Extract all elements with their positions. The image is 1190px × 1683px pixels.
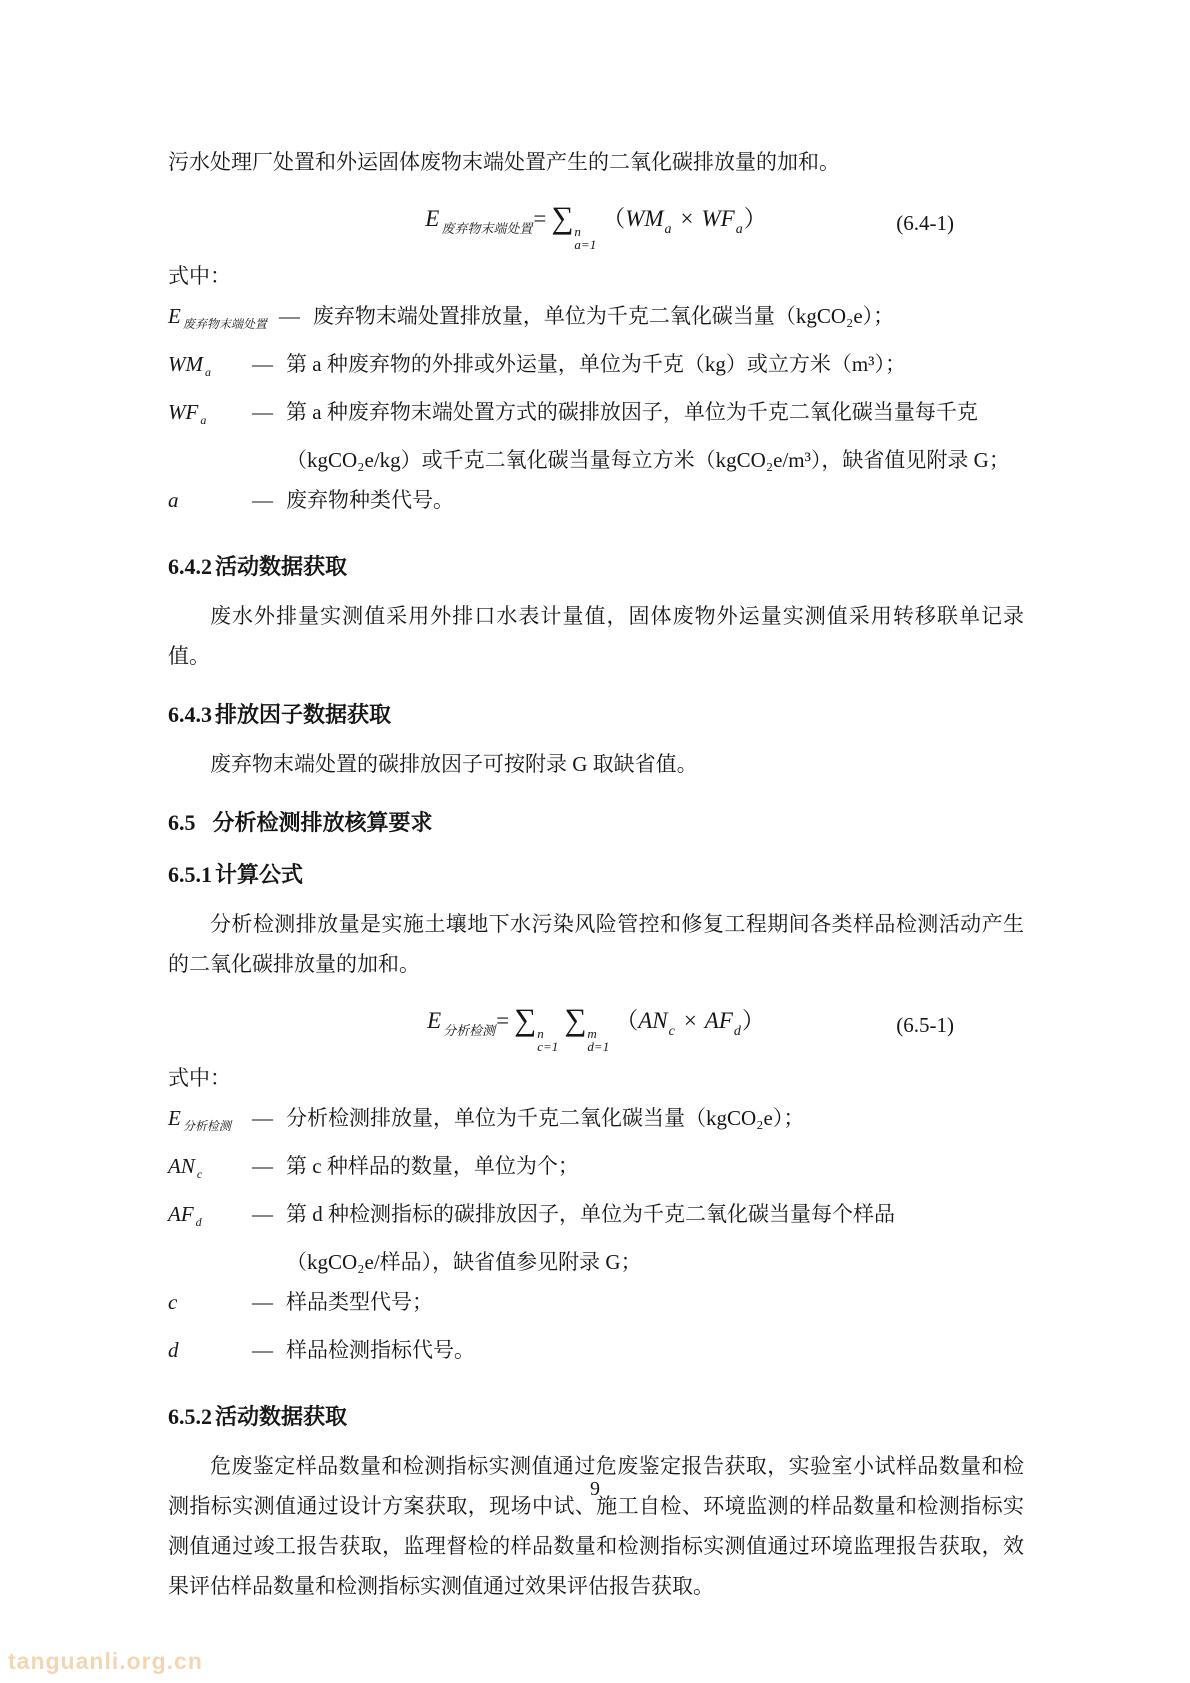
definition-text: 第 a 种废弃物末端处置方式的碳排放因子，单位为千克二氧化碳当量每千克 (286, 392, 1024, 432)
symbol: E分析检测 (168, 1098, 240, 1146)
dash: — (252, 392, 274, 432)
definition-row: WFa — 第 a 种废弃物末端处置方式的碳排放因子，单位为千克二氧化碳当量每千… (168, 392, 1024, 440)
sigma-upper-limit: m (587, 1027, 609, 1040)
sigma-limits: nc=1 (537, 1027, 558, 1053)
equation-651: E分析检测=∑nc=1∑md=1（ANc×AFd） (6.5-1) (168, 998, 1024, 1052)
page-content: 污水处理厂处置和外运固体废物末端处置产生的二氧化碳排放量的加和。 E废弃物末端处… (168, 142, 1024, 1606)
definition-text: 废弃物种类代号。 (286, 480, 1024, 520)
formula-lhs-subscript: 废弃物末端处置 (441, 221, 532, 236)
intro-paragraph: 污水处理厂处置和外运固体废物末端处置产生的二氧化碳排放量的加和。 (168, 142, 1024, 182)
heading-643: 6.4.3排放因子数据获取 (168, 698, 1024, 732)
symbol: AFd (168, 1194, 240, 1242)
sigma-lower-limit: c=1 (537, 1040, 558, 1053)
sigma-upper-limit: n (537, 1027, 558, 1040)
equals-sign: = (533, 206, 546, 231)
dash: — (279, 296, 301, 336)
term-wm-subscript: a (665, 222, 672, 237)
equation-641: E废弃物末端处置=∑na=1（WMa×WFa） (6.4-1) (168, 196, 1024, 250)
multiply-sign: × (684, 1008, 697, 1033)
symbol: WMa (168, 344, 240, 392)
heading-652: 6.5.2活动数据获取 (168, 1400, 1024, 1434)
dash: — (252, 1282, 274, 1322)
definition-text: 样品类型代号； (286, 1282, 1024, 1322)
dash: — (252, 1098, 274, 1138)
dash: — (252, 1194, 274, 1234)
definition-text: 废弃物末端处置排放量，单位为千克二氧化碳当量（kgCO₂e）； (313, 296, 1024, 336)
term-af: AF (705, 1008, 733, 1033)
heading-65: 6.5分析检测排放核算要求 (168, 806, 1024, 840)
definition-row: E废弃物末端处置 — 废弃物末端处置排放量，单位为千克二氧化碳当量（kgCO₂e… (168, 296, 1024, 344)
definition-text: 样品检测指标代号。 (286, 1330, 1024, 1370)
heading-number: 6.4.3 (168, 702, 212, 727)
heading-651: 6.5.1计算公式 (168, 858, 1024, 892)
sigma-limits: md=1 (587, 1027, 609, 1053)
formula-lhs: E (425, 206, 439, 231)
paragraph-643: 废弃物末端处置的碳排放因子可按附录 G 取缺省值。 (168, 744, 1024, 784)
paragraph-642: 废水外排量实测值采用外排口水表计量值，固体废物外运量实测值采用转移联单记录值。 (168, 596, 1024, 676)
dash: — (252, 480, 274, 520)
definition-continuation: （kgCO₂e/样品），缺省值参见附录 G； (168, 1242, 1024, 1282)
dash: — (252, 1330, 274, 1370)
equation-651-body: E分析检测=∑nc=1∑md=1（ANc×AFd） (427, 998, 765, 1053)
sigma-symbol: ∑ (564, 1002, 586, 1037)
symbol: WFa (168, 392, 240, 440)
heading-title: 活动数据获取 (215, 1404, 347, 1429)
dash: — (252, 1146, 274, 1186)
definition-row: WMa — 第 a 种废弃物的外排或外运量，单位为千克（kg）或立方米（m³）； (168, 344, 1024, 392)
symbol: E废弃物末端处置 (168, 296, 267, 344)
equation-651-number: (6.5-1) (896, 1005, 954, 1045)
heading-number: 6.5.1 (168, 862, 212, 887)
multiply-sign: × (681, 206, 694, 231)
formula-lhs-subscript: 分析检测 (443, 1023, 495, 1038)
sigma-symbol: ∑ (514, 1002, 536, 1037)
paragraph-652: 危废鉴定样品数量和检测指标实测值通过危废鉴定报告获取，实验室小试样品数量和检测指… (168, 1446, 1024, 1606)
document-page: 污水处理厂处置和外运固体废物末端处置产生的二氧化碳排放量的加和。 E废弃物末端处… (0, 0, 1190, 1683)
definition-row: d — 样品检测指标代号。 (168, 1330, 1024, 1378)
close-paren: ） (744, 206, 767, 231)
term-wm: WM (625, 206, 663, 231)
definition-row: a — 废弃物种类代号。 (168, 480, 1024, 528)
dash: — (252, 344, 274, 384)
heading-number: 6.5 (168, 810, 196, 835)
watermark: tanguanli.org.cn (8, 1648, 203, 1675)
heading-title: 排放因子数据获取 (215, 702, 391, 727)
term-af-subscript: d (734, 1024, 741, 1039)
open-paren: （ (615, 1008, 638, 1033)
term-an: AN (638, 1008, 667, 1033)
definition-row: E分析检测 — 分析检测排放量，单位为千克二氧化碳当量（kgCO₂e）； (168, 1098, 1024, 1146)
definition-text: 第 a 种废弃物的外排或外运量，单位为千克（kg）或立方米（m³）； (286, 344, 1024, 384)
open-paren: （ (602, 206, 625, 231)
heading-title: 活动数据获取 (215, 554, 347, 579)
definition-text: 分析检测排放量，单位为千克二氧化碳当量（kgCO₂e）； (286, 1098, 1024, 1138)
page-number: 9 (0, 1478, 1190, 1501)
symbol: a (168, 480, 240, 528)
definition-row: ANc — 第 c 种样品的数量，单位为个； (168, 1146, 1024, 1194)
paragraph-651: 分析检测排放量是实施土壤地下水污染风险管控和修复工程期间各类样品检测活动产生的二… (168, 904, 1024, 984)
where-label-1: 式中： (168, 256, 1024, 296)
definition-row: AFd — 第 d 种检测指标的碳排放因子，单位为千克二氧化碳当量每个样品 (168, 1194, 1024, 1242)
definition-text: 第 d 种检测指标的碳排放因子，单位为千克二氧化碳当量每个样品 (286, 1194, 1024, 1234)
heading-number: 6.4.2 (168, 554, 212, 579)
equation-641-number: (6.4-1) (896, 203, 954, 243)
definition-row: c — 样品类型代号； (168, 1282, 1024, 1330)
definition-text: 第 c 种样品的数量，单位为个； (286, 1146, 1024, 1186)
definition-continuation: （kgCO₂e/kg）或千克二氧化碳当量每立方米（kgCO₂e/m³），缺省值见… (168, 440, 1024, 480)
equation-641-body: E废弃物末端处置=∑na=1（WMa×WFa） (425, 196, 766, 251)
close-paren: ） (742, 1008, 765, 1033)
where-label-2: 式中： (168, 1058, 1024, 1098)
sigma-lower-limit: d=1 (587, 1040, 609, 1053)
formula-lhs: E (427, 1008, 441, 1033)
heading-title: 计算公式 (215, 862, 303, 887)
term-wf-subscript: a (736, 222, 743, 237)
heading-title: 分析检测排放核算要求 (213, 810, 433, 835)
heading-number: 6.5.2 (168, 1404, 212, 1429)
sigma-symbol: ∑ (551, 200, 573, 235)
sigma-limits: na=1 (574, 225, 596, 251)
sigma-lower-limit: a=1 (574, 238, 596, 251)
symbol: c (168, 1282, 240, 1330)
symbol: d (168, 1330, 240, 1378)
symbol: ANc (168, 1146, 240, 1194)
term-wf: WF (702, 206, 735, 231)
heading-642: 6.4.2活动数据获取 (168, 550, 1024, 584)
term-an-subscript: c (669, 1024, 675, 1039)
sigma-upper-limit: n (574, 225, 596, 238)
equals-sign: = (496, 1008, 509, 1033)
